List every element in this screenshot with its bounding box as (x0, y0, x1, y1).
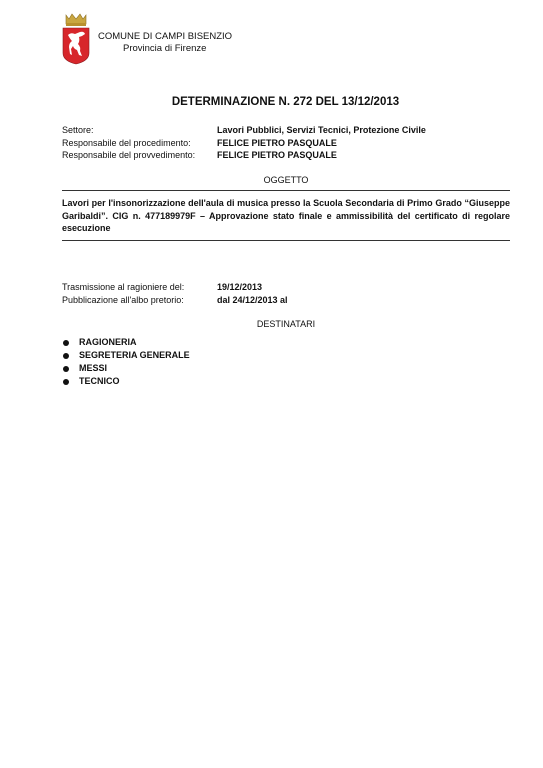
oggetto-text: Lavori per l'insonorizzazione dell'aula … (62, 197, 510, 235)
meta-label: Responsabile del provvedimento: (62, 149, 217, 162)
document-title: DETERMINAZIONE N. 272 DEL 13/12/2013 (0, 96, 543, 108)
meta-row-settore: Settore: Lavori Pubblici, Servizi Tecnic… (62, 124, 426, 137)
destinatari-list: RAGIONERIA SEGRETERIA GENERALE MESSI TEC… (62, 336, 190, 388)
bullet-icon (63, 340, 69, 346)
meta-value: Lavori Pubblici, Servizi Tecnici, Protez… (217, 124, 426, 137)
organization-block: COMUNE DI CAMPI BISENZIO Provincia di Fi… (98, 31, 232, 55)
transmission-label: Trasmissione al ragioniere del: (62, 281, 217, 294)
recipient-label: SEGRETERIA GENERALE (79, 349, 190, 362)
meta-label: Settore: (62, 124, 217, 137)
meta-value: FELICE PIETRO PASQUALE (217, 137, 337, 150)
document-header (61, 13, 91, 65)
meta-label: Responsabile del procedimento: (62, 137, 217, 150)
meta-row-procedimento: Responsabile del procedimento: FELICE PI… (62, 137, 426, 150)
recipient-label: TECNICO (79, 375, 120, 388)
coat-of-arms-icon (61, 13, 91, 65)
bullet-icon (63, 353, 69, 359)
meta-value: FELICE PIETRO PASQUALE (217, 149, 337, 162)
transmission-value: 19/12/2013 (217, 281, 262, 294)
list-item: RAGIONERIA (62, 336, 190, 349)
org-name: COMUNE DI CAMPI BISENZIO (98, 31, 232, 43)
publication-label: Pubblicazione all'albo pretorio: (62, 294, 217, 307)
bullet-icon (63, 379, 69, 385)
divider-top (62, 190, 510, 191)
transmission-block: Trasmissione al ragioniere del: 19/12/20… (62, 281, 288, 306)
bullet-icon (63, 366, 69, 372)
publication-row: Pubblicazione all'albo pretorio: dal 24/… (62, 294, 288, 307)
oggetto-heading: OGGETTO (62, 175, 510, 185)
list-item: MESSI (62, 362, 190, 375)
divider-bottom (62, 240, 510, 241)
transmission-row: Trasmissione al ragioniere del: 19/12/20… (62, 281, 288, 294)
meta-row-provvedimento: Responsabile del provvedimento: FELICE P… (62, 149, 426, 162)
destinatari-heading: DESTINATARI (62, 319, 510, 329)
list-item: SEGRETERIA GENERALE (62, 349, 190, 362)
list-item: TECNICO (62, 375, 190, 388)
recipient-label: MESSI (79, 362, 107, 375)
province-name: Provincia di Firenze (98, 43, 232, 55)
meta-block: Settore: Lavori Pubblici, Servizi Tecnic… (62, 124, 426, 162)
recipient-label: RAGIONERIA (79, 336, 137, 349)
publication-value: dal 24/12/2013 al (217, 294, 288, 307)
